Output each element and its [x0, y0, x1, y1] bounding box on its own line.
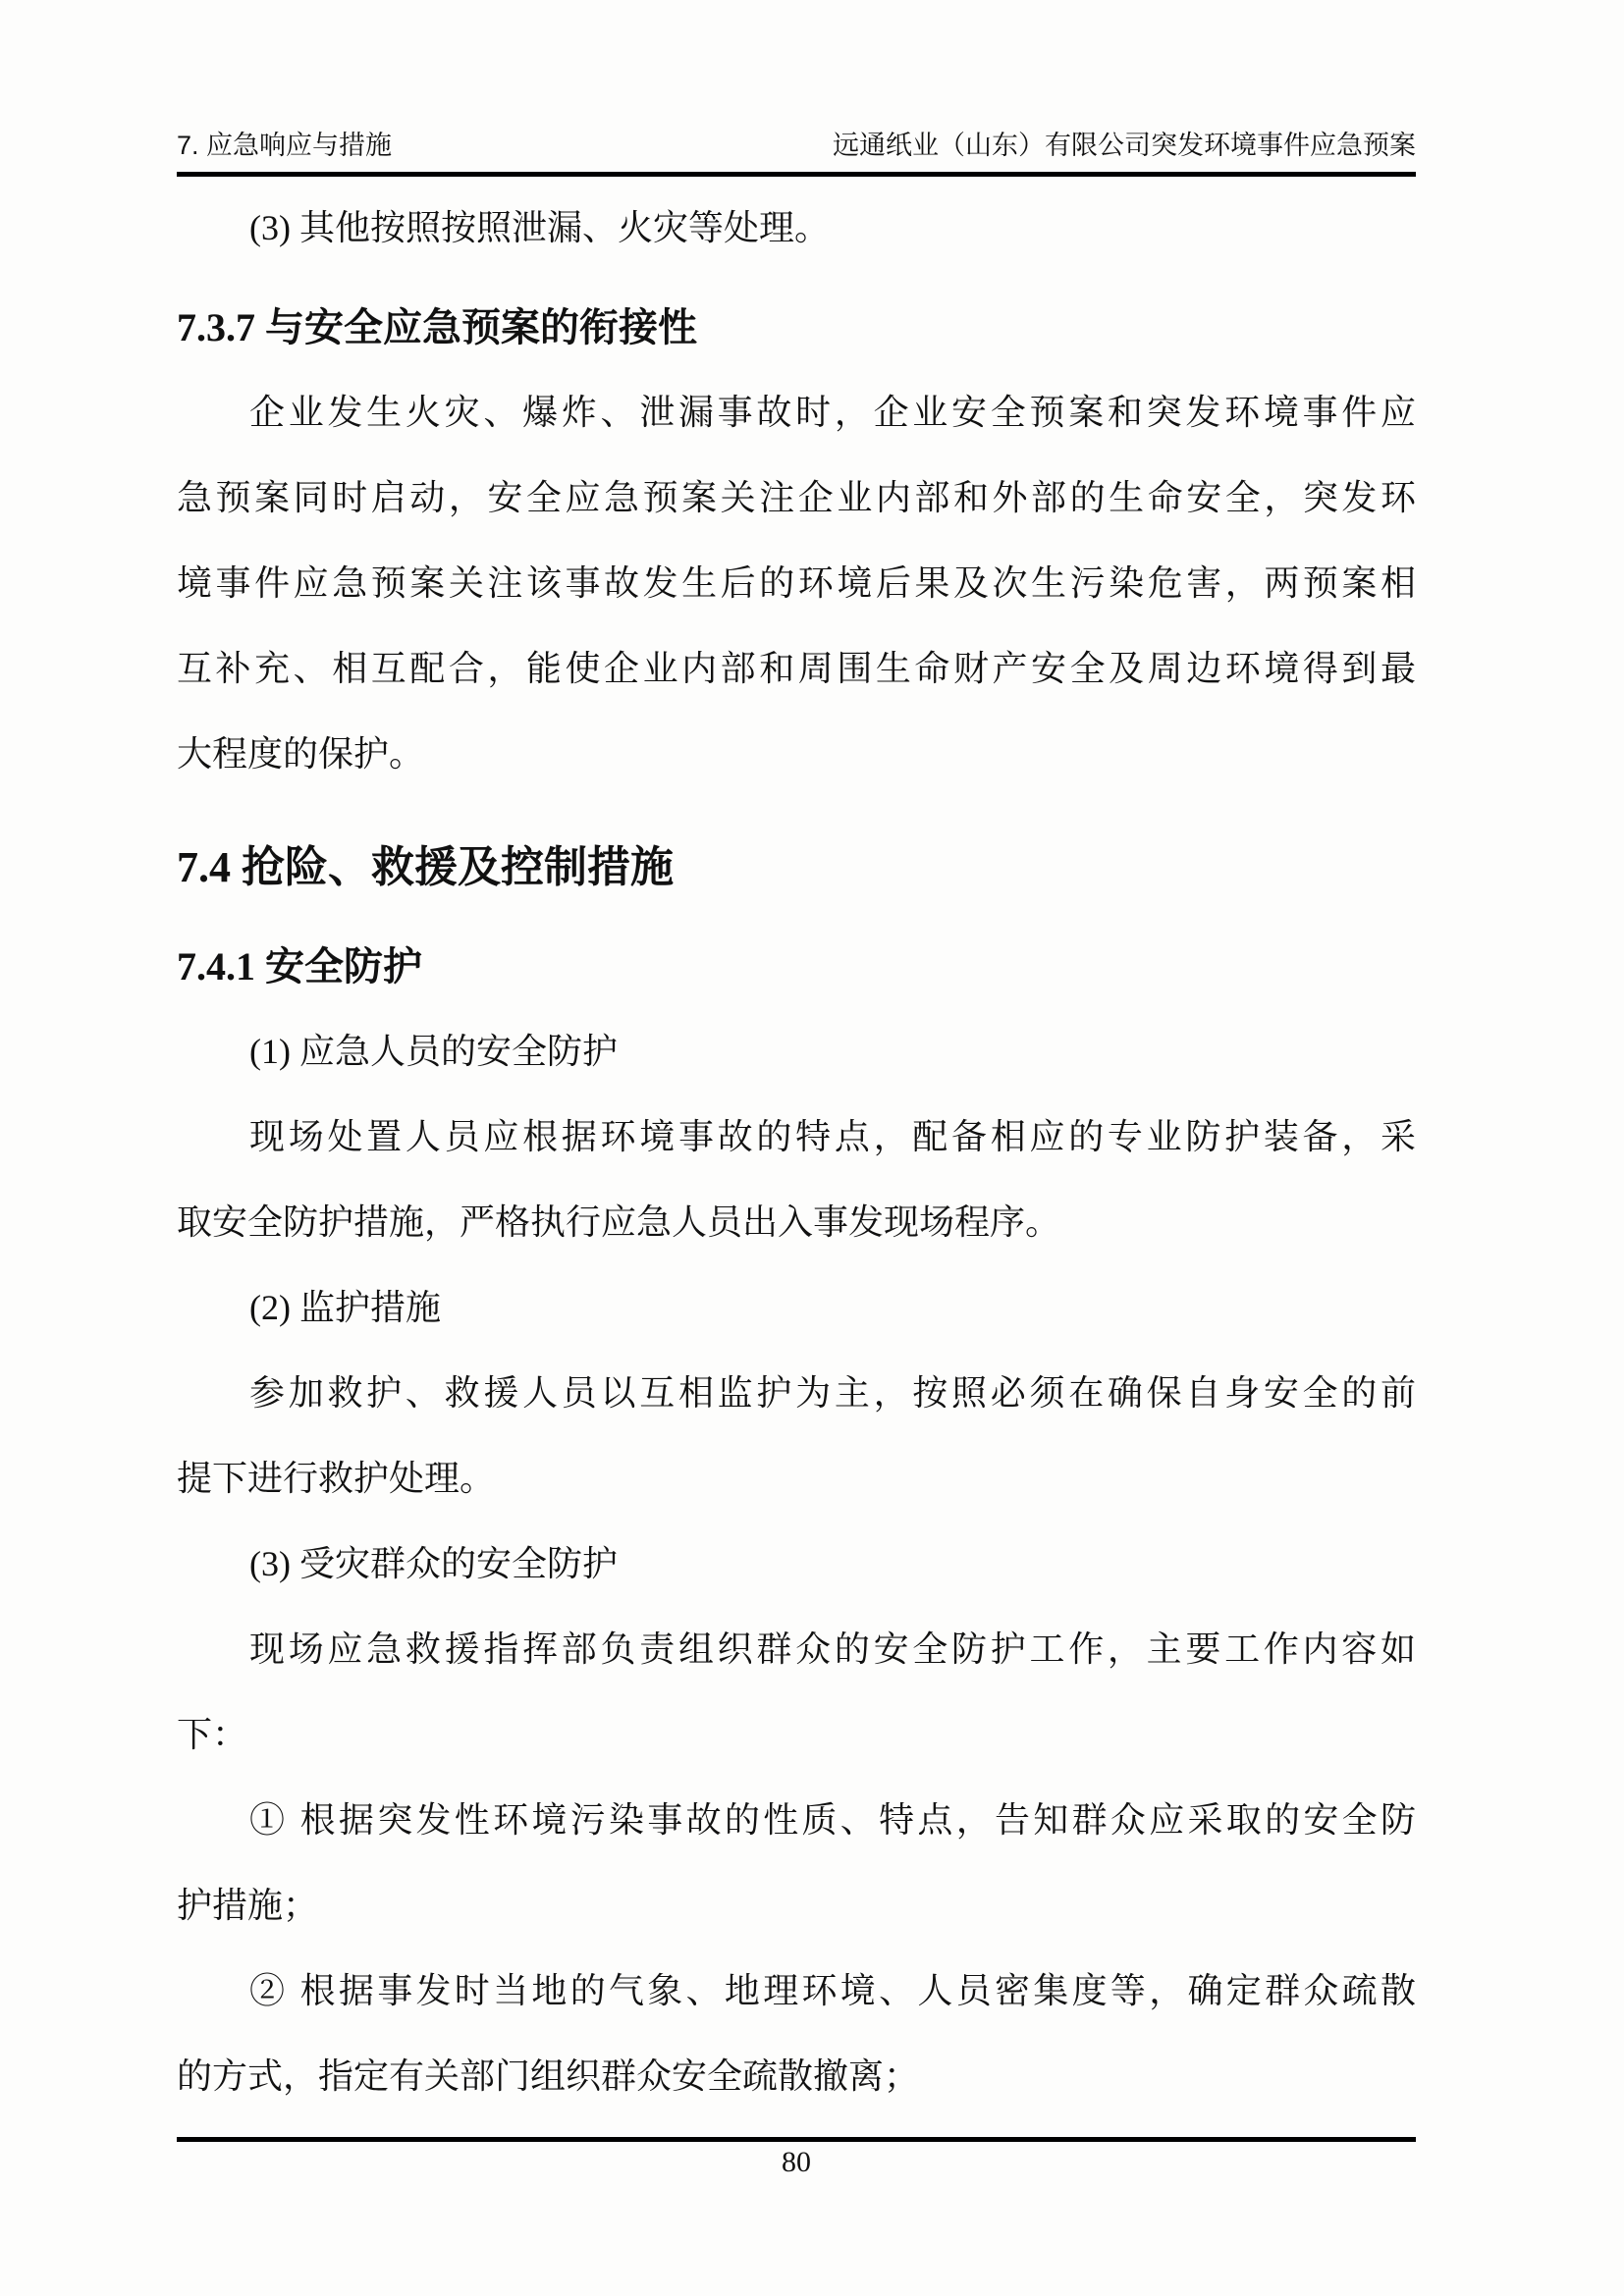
list-item-line: (3) 受灾群众的安全防护 — [177, 1522, 1416, 1607]
paragraph-line: 企业发生火灾、爆炸、泄漏事故时，企业安全预案和突发环境事件应 — [177, 370, 1416, 455]
header-document-title: 远通纸业（山东）有限公司突发环境事件应急预案 — [833, 128, 1416, 163]
paragraph-line: (3) 其他按照按照泄漏、火灾等处理。 — [177, 186, 1416, 271]
paragraph-line: 大程度的保护。 — [177, 712, 1416, 797]
paragraph-line: 的方式，指定有关部门组织群众安全疏散撤离； — [177, 2034, 1416, 2119]
heading-7-4: 7.4 抢险、救援及控制措施 — [177, 825, 1416, 910]
heading-7-3-7: 7.3.7 与安全应急预案的衔接性 — [177, 285, 1416, 370]
list-item-line: (2) 监护措施 — [177, 1265, 1416, 1351]
paragraph-line: 参加救护、救援人员以互相监护为主，按照必须在确保自身安全的前 — [177, 1351, 1416, 1436]
page-number: 80 — [782, 2146, 811, 2179]
list-item-line: ② 根据事发时当地的气象、地理环境、人员密集度等，确定群众疏散 — [177, 1949, 1416, 2034]
paragraph-line: 互补充、相互配合，能使企业内部和周围生命财产安全及周边环境得到最 — [177, 626, 1416, 712]
heading-7-4-1: 7.4.1 安全防护 — [177, 924, 1416, 1009]
page-footer: 80 — [177, 2137, 1416, 2179]
paragraph-line: 现场处置人员应根据环境事故的特点，配备相应的专业防护装备，采 — [177, 1095, 1416, 1180]
document-body: (3) 其他按照按照泄漏、火灾等处理。 7.3.7 与安全应急预案的衔接性 企业… — [177, 186, 1416, 2119]
list-item-line: (1) 应急人员的安全防护 — [177, 1009, 1416, 1095]
paragraph-line: 急预案同时启动，安全应急预案关注企业内部和外部的生命安全，突发环 — [177, 455, 1416, 541]
paragraph-line: 下： — [177, 1692, 1416, 1778]
document-page: 7. 应急响应与措施 远通纸业（山东）有限公司突发环境事件应急预案 (3) 其他… — [0, 0, 1624, 2296]
paragraph-line: 提下进行救护处理。 — [177, 1436, 1416, 1522]
paragraph-line: 护措施； — [177, 1863, 1416, 1949]
page-header: 7. 应急响应与措施 远通纸业（山东）有限公司突发环境事件应急预案 — [177, 128, 1416, 177]
header-section-title: 7. 应急响应与措施 — [177, 128, 392, 163]
paragraph-line: 现场应急救援指挥部负责组织群众的安全防护工作，主要工作内容如 — [177, 1607, 1416, 1692]
list-item-line: ① 根据突发性环境污染事故的性质、特点，告知群众应采取的安全防 — [177, 1778, 1416, 1863]
paragraph-line: 取安全防护措施，严格执行应急人员出入事发现场程序。 — [177, 1180, 1416, 1265]
paragraph-line: 境事件应急预案关注该事故发生后的环境后果及次生污染危害，两预案相 — [177, 541, 1416, 626]
